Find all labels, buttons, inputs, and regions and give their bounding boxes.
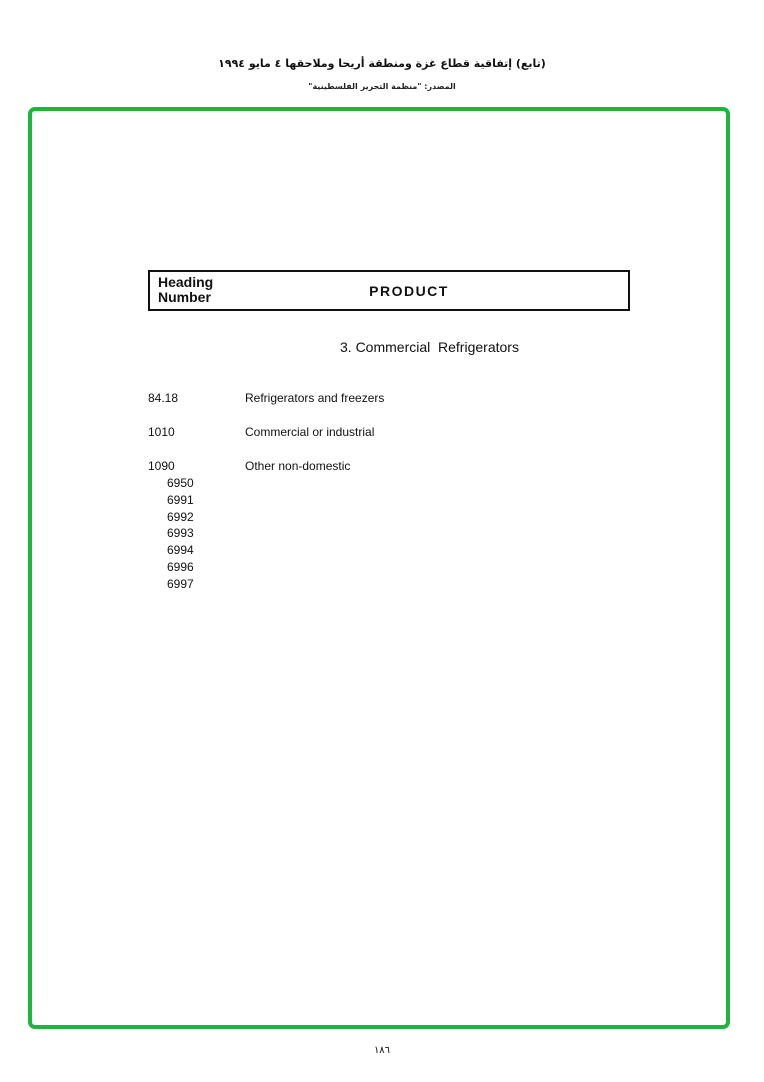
heading-code: 1090 xyxy=(148,459,238,473)
sub-code: 6994 xyxy=(167,543,194,557)
product-description: Commercial or industrial xyxy=(245,425,374,439)
document-title: (تابع) إتفاقية قطاع غزة ومنطقة أريحا ومل… xyxy=(0,57,764,70)
sub-code: 6997 xyxy=(167,577,194,591)
product-description: Other non-domestic xyxy=(245,459,350,473)
highlight-frame xyxy=(28,107,730,1029)
document-source: المصدر: "منظمة التحرير الفلسطينية" xyxy=(0,82,764,91)
sub-code: 6950 xyxy=(167,476,194,490)
sub-code: 6992 xyxy=(167,510,194,524)
sub-code: 6993 xyxy=(167,526,194,540)
page-number: ١٨٦ xyxy=(0,1045,764,1056)
heading-code: 84.18 xyxy=(148,391,238,405)
sub-code: 6996 xyxy=(167,560,194,574)
section-title: 3. Commercial Refrigerators xyxy=(340,339,519,355)
product-description: Refrigerators and freezers xyxy=(245,391,384,405)
product-column-label: PRODUCT xyxy=(150,283,628,299)
sub-code: 6991 xyxy=(167,493,194,507)
heading-code: 1010 xyxy=(148,425,238,439)
table-header-box: Heading Number PRODUCT xyxy=(148,270,630,311)
